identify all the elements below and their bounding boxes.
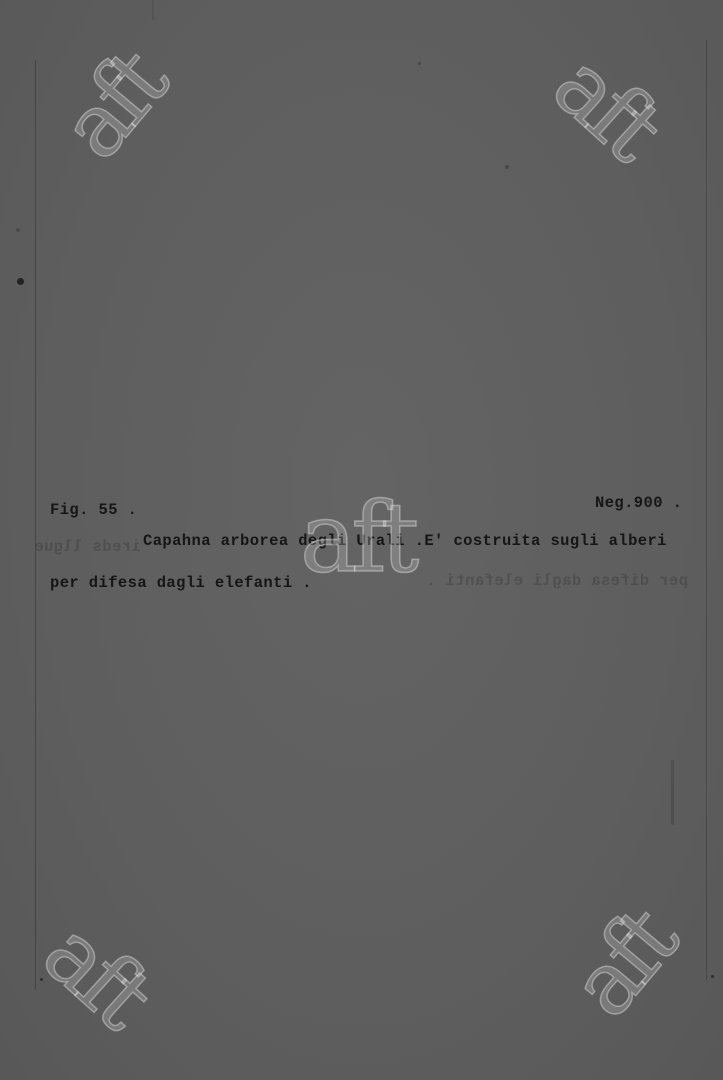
ink-spot bbox=[505, 165, 509, 169]
ink-spot bbox=[17, 278, 24, 285]
left-margin-line bbox=[35, 60, 36, 990]
watermark-logo: aft bbox=[539, 39, 674, 173]
scratch-mark bbox=[152, 0, 154, 20]
figure-label: Fig. 55 . bbox=[50, 503, 137, 519]
ink-spot bbox=[711, 975, 714, 978]
negative-number: Neg.900 . bbox=[595, 496, 682, 512]
scanned-document-page: ireds llgue per difesa dagli elefanti . … bbox=[0, 0, 723, 1080]
watermark-logo: aft bbox=[47, 38, 180, 173]
watermark-logo: aft bbox=[557, 896, 690, 1031]
bleed-through-fragment: ireds llgue bbox=[34, 540, 141, 556]
bleed-through-line: per difesa dagli elefanti . bbox=[426, 574, 688, 590]
caption-line-2: per difesa dagli elefanti . bbox=[50, 576, 312, 592]
ink-spot bbox=[16, 228, 20, 232]
watermark-logo: aft bbox=[300, 490, 413, 586]
right-margin-line bbox=[706, 40, 707, 980]
watermark-logo: aft bbox=[29, 907, 164, 1041]
scratch-mark bbox=[671, 760, 674, 825]
ink-spot bbox=[418, 62, 421, 65]
